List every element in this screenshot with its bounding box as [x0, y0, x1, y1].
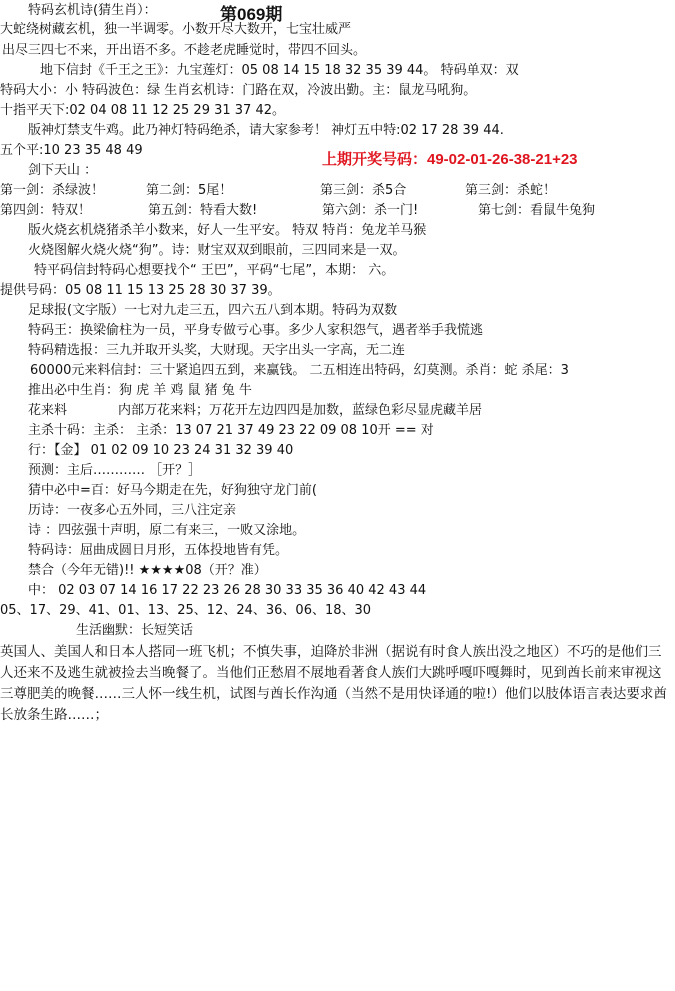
sword-6: 第六剑：杀一门!: [322, 202, 418, 220]
fire-mystery: 版火烧玄机烧猪杀羊小数来，好人一生平安。 特双 特肖：兔龙羊马猴: [28, 222, 426, 240]
sword-4: 第四剑：特双！: [0, 202, 91, 220]
element-gold: 行：【金】 01 02 09 10 23 24 31 32 39 40: [28, 442, 293, 460]
flower-label: 花来料: [28, 402, 67, 420]
sword-7: 第七剑：看鼠牛兔狗: [478, 202, 595, 220]
special-flat-envelope: 特平码信封特码心想要找个“ 王巴”，平码“七尾”，本期： 六。: [34, 262, 394, 280]
humor-title: 生活幽默：长短笑话: [76, 622, 193, 640]
fire-diagram: 火烧图解火烧火烧“狗”。诗：财宝双双到眼前，三四同来是一双。: [28, 242, 405, 260]
envelope-60000: 60000元来料信封：三十紧追四五到，来赢钱。 二五相连出特码，幻莫测。杀肖：蛇…: [30, 362, 569, 380]
football-paper: 足球报(文字版）一七对九走三五，四六五八到本期。特码为双数: [28, 302, 397, 320]
hit-numbers: 中： 02 03 07 14 16 17 22 23 26 28 30 33 3…: [28, 582, 426, 600]
zodiac-picks: 推出必中生肖：狗 虎 羊 鸡 鼠 猪 兔 牛: [28, 382, 252, 400]
sword-5: 第五剑：特看大数!: [148, 202, 257, 220]
poem: 诗 ：四弦强十声明，原二有来三，一败又涂地。: [28, 522, 305, 540]
ten-fingers: 十指平天下:02 04 08 11 12 25 29 31 37 42。: [0, 102, 285, 120]
poem-label: 特码玄机诗(猜生肖）：: [28, 2, 157, 20]
flower-material: 内部万花来料；万花开左边四四是加数，蓝绿色彩尽显虎藏羊居: [118, 402, 482, 420]
poem-line-1: 大蛇绕树藏玄机，独一半调零。小数开尽大数开，七宝壮威严: [0, 21, 351, 39]
five-flat: 五个平:10 23 35 48 49: [0, 142, 143, 160]
special-size-color: 特码大小：小 特码波色：绿 生肖玄机诗：门路在双，冷波出勤。主：鼠龙马吼狗。: [0, 82, 476, 100]
joke-paragraph: 英国人、美国人和日本人搭同一班飞机；不慎失事，迫降於非洲（据说有时食人族出没之地…: [0, 642, 672, 726]
last-draw-numbers: 上期开奖号码：49-02-01-26-38-21+23: [322, 148, 578, 169]
sword-3b: 第三剑：杀蛇！: [465, 182, 556, 200]
sword-1: 第一剑：杀绿波！: [0, 182, 104, 200]
special-poem: 特码诗：屈曲成圆日月形，五体投地皆有凭。: [28, 542, 288, 560]
guess-hundred: 猜中必中=百：好马今期走在先，好狗独守龙门前(: [28, 482, 317, 500]
poem-line-2: 出尽三四七不来，开出语不多。不趁老虎睡觉时，带四不回头。: [2, 42, 366, 60]
number-sequence: 05、17、29、41、01、13、25、12、24、36、06、18、30: [0, 602, 371, 620]
sword-3: 第三剑：杀5合: [320, 182, 406, 200]
special-selection: 特码精选报：三九并取开头奖，大财现。天字出头一字高，无二连: [28, 342, 405, 360]
provided-numbers: 提供号码：05 08 11 15 13 25 28 30 37 39。: [0, 282, 281, 300]
sword-heading: 剑下天山 ：: [28, 162, 97, 180]
history-poem: 历诗：一夜多心五外同，三八注定亲: [28, 502, 236, 520]
god-lamp: 版神灯禁支牛鸡。此乃神灯特码绝杀，请大家参考！ 神灯五中特:02 17 28 3…: [28, 122, 504, 140]
prediction: 预测：主后………… ［开？］: [28, 462, 201, 480]
forbidden-combo: 禁合（今年无错)!! ★★★★08（开？准）: [28, 562, 267, 580]
special-king: 特码王：换梁偷柱为一员，平身专做亏心事。多少人家积怨气，遇者举手我慌逃: [28, 322, 483, 340]
main-kill-ten: 主杀十码：主杀： 主杀：13 07 21 37 49 23 22 09 08 1…: [28, 422, 434, 440]
underground-envelope: 地下信封《千王之王》：九宝莲灯：05 08 14 15 18 32 35 39 …: [40, 62, 519, 80]
sword-2: 第二剑：5尾！: [146, 182, 232, 200]
